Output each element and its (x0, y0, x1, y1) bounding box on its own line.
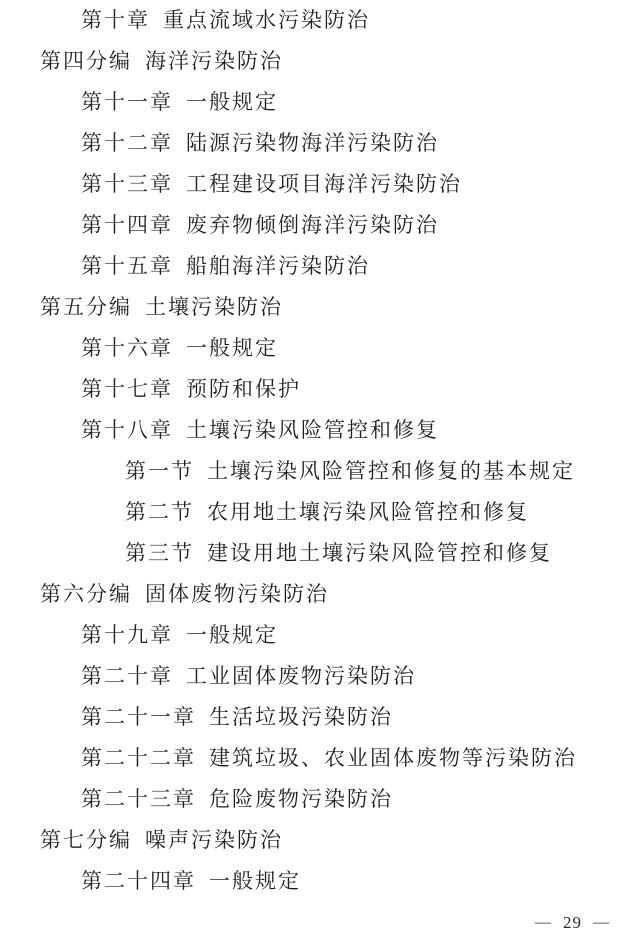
toc-entry-number: 第七分编 (40, 828, 132, 852)
page-footer: — 29 — (535, 913, 610, 933)
toc-entry-title: 预防和保护 (186, 377, 301, 401)
toc-entry-number: 第十九章 (81, 623, 173, 647)
toc-entry: 第二十一章生活垃圾污染防治 (0, 697, 638, 738)
toc-entry-title: 农用地土壤污染风险管控和修复 (207, 500, 529, 524)
toc-entry-number: 第十三章 (81, 172, 173, 196)
toc-entry-number: 第三节 (125, 541, 194, 565)
toc-entry: 第十四章废弃物倾倒海洋污染防治 (0, 205, 638, 246)
page-number: 29 (563, 913, 582, 933)
toc-entry: 第二十四章一般规定 (0, 861, 638, 902)
toc-entry: 第二十三章危险废物污染防治 (0, 779, 638, 820)
toc-entry-title: 土壤污染风险管控和修复 (186, 418, 439, 442)
toc-entry-number: 第十八章 (81, 418, 173, 442)
toc-entry: 第七分编噪声污染防治 (0, 820, 638, 861)
toc-entry-title: 建设用地土壤污染风险管控和修复 (207, 541, 552, 565)
toc-entry: 第十九章一般规定 (0, 615, 638, 656)
toc-entry-number: 第二十四章 (81, 869, 196, 893)
toc-entry-number: 第五分编 (40, 295, 132, 319)
toc-entry: 第一节土壤污染风险管控和修复的基本规定 (0, 451, 638, 492)
toc-entry-title: 固体废物污染防治 (145, 582, 329, 606)
toc-entry-number: 第一节 (125, 459, 194, 483)
toc-entry-title: 一般规定 (186, 336, 278, 360)
toc-entry: 第十七章预防和保护 (0, 369, 638, 410)
toc-entry: 第十二章陆源污染物海洋污染防治 (0, 123, 638, 164)
table-of-contents: 第十章重点流域水污染防治 第四分编海洋污染防治 第十一章一般规定 第十二章陆源污… (0, 0, 638, 902)
toc-entry: 第十三章工程建设项目海洋污染防治 (0, 164, 638, 205)
toc-entry-number: 第二十一章 (81, 705, 196, 729)
footer-dash-right: — (593, 914, 610, 932)
scanned-document-page: 第十章重点流域水污染防治 第四分编海洋污染防治 第十一章一般规定 第十二章陆源污… (0, 0, 638, 944)
toc-entry-number: 第十二章 (81, 131, 173, 155)
toc-entry-title: 海洋污染防治 (145, 49, 283, 73)
toc-entry-title: 建筑垃圾、农业固体废物等污染防治 (209, 746, 577, 770)
toc-entry-number: 第十六章 (81, 336, 173, 360)
toc-entry: 第十五章船舶海洋污染防治 (0, 246, 638, 287)
toc-entry: 第二十二章建筑垃圾、农业固体废物等污染防治 (0, 738, 638, 779)
toc-entry-number: 第二十三章 (81, 787, 196, 811)
toc-entry: 第十八章土壤污染风险管控和修复 (0, 410, 638, 451)
toc-entry-number: 第十一章 (81, 90, 173, 114)
toc-entry-title: 危险废物污染防治 (209, 787, 393, 811)
toc-entry-number: 第十章 (81, 8, 150, 32)
footer-dash-left: — (535, 914, 552, 932)
toc-entry-title: 一般规定 (209, 869, 301, 893)
toc-entry-title: 重点流域水污染防治 (163, 8, 370, 32)
toc-entry-number: 第四分编 (40, 49, 132, 73)
toc-entry-title: 工业固体废物污染防治 (186, 664, 416, 688)
toc-entry: 第十六章一般规定 (0, 328, 638, 369)
toc-entry-title: 噪声污染防治 (145, 828, 283, 852)
toc-entry: 第五分编土壤污染防治 (0, 287, 638, 328)
toc-entry-title: 一般规定 (186, 623, 278, 647)
toc-entry-number: 第十七章 (81, 377, 173, 401)
toc-entry-title: 土壤污染风险管控和修复的基本规定 (207, 459, 575, 483)
toc-entry-title: 工程建设项目海洋污染防治 (186, 172, 462, 196)
toc-entry: 第十一章一般规定 (0, 82, 638, 123)
toc-entry-number: 第十四章 (81, 213, 173, 237)
toc-entry-number: 第二十二章 (81, 746, 196, 770)
toc-entry-title: 土壤污染防治 (145, 295, 283, 319)
toc-entry: 第二节农用地土壤污染风险管控和修复 (0, 492, 638, 533)
toc-entry-title: 陆源污染物海洋污染防治 (186, 131, 439, 155)
toc-entry: 第二十章工业固体废物污染防治 (0, 656, 638, 697)
toc-entry-title: 船舶海洋污染防治 (186, 254, 370, 278)
toc-entry-title: 废弃物倾倒海洋污染防治 (186, 213, 439, 237)
toc-entry-number: 第二节 (125, 500, 194, 524)
toc-entry: 第六分编固体废物污染防治 (0, 574, 638, 615)
toc-entry: 第十章重点流域水污染防治 (0, 0, 638, 41)
toc-entry-number: 第六分编 (40, 582, 132, 606)
toc-entry-number: 第二十章 (81, 664, 173, 688)
toc-entry-number: 第十五章 (81, 254, 173, 278)
toc-entry-title: 一般规定 (186, 90, 278, 114)
toc-entry: 第四分编海洋污染防治 (0, 41, 638, 82)
toc-entry-title: 生活垃圾污染防治 (209, 705, 393, 729)
toc-entry: 第三节建设用地土壤污染风险管控和修复 (0, 533, 638, 574)
